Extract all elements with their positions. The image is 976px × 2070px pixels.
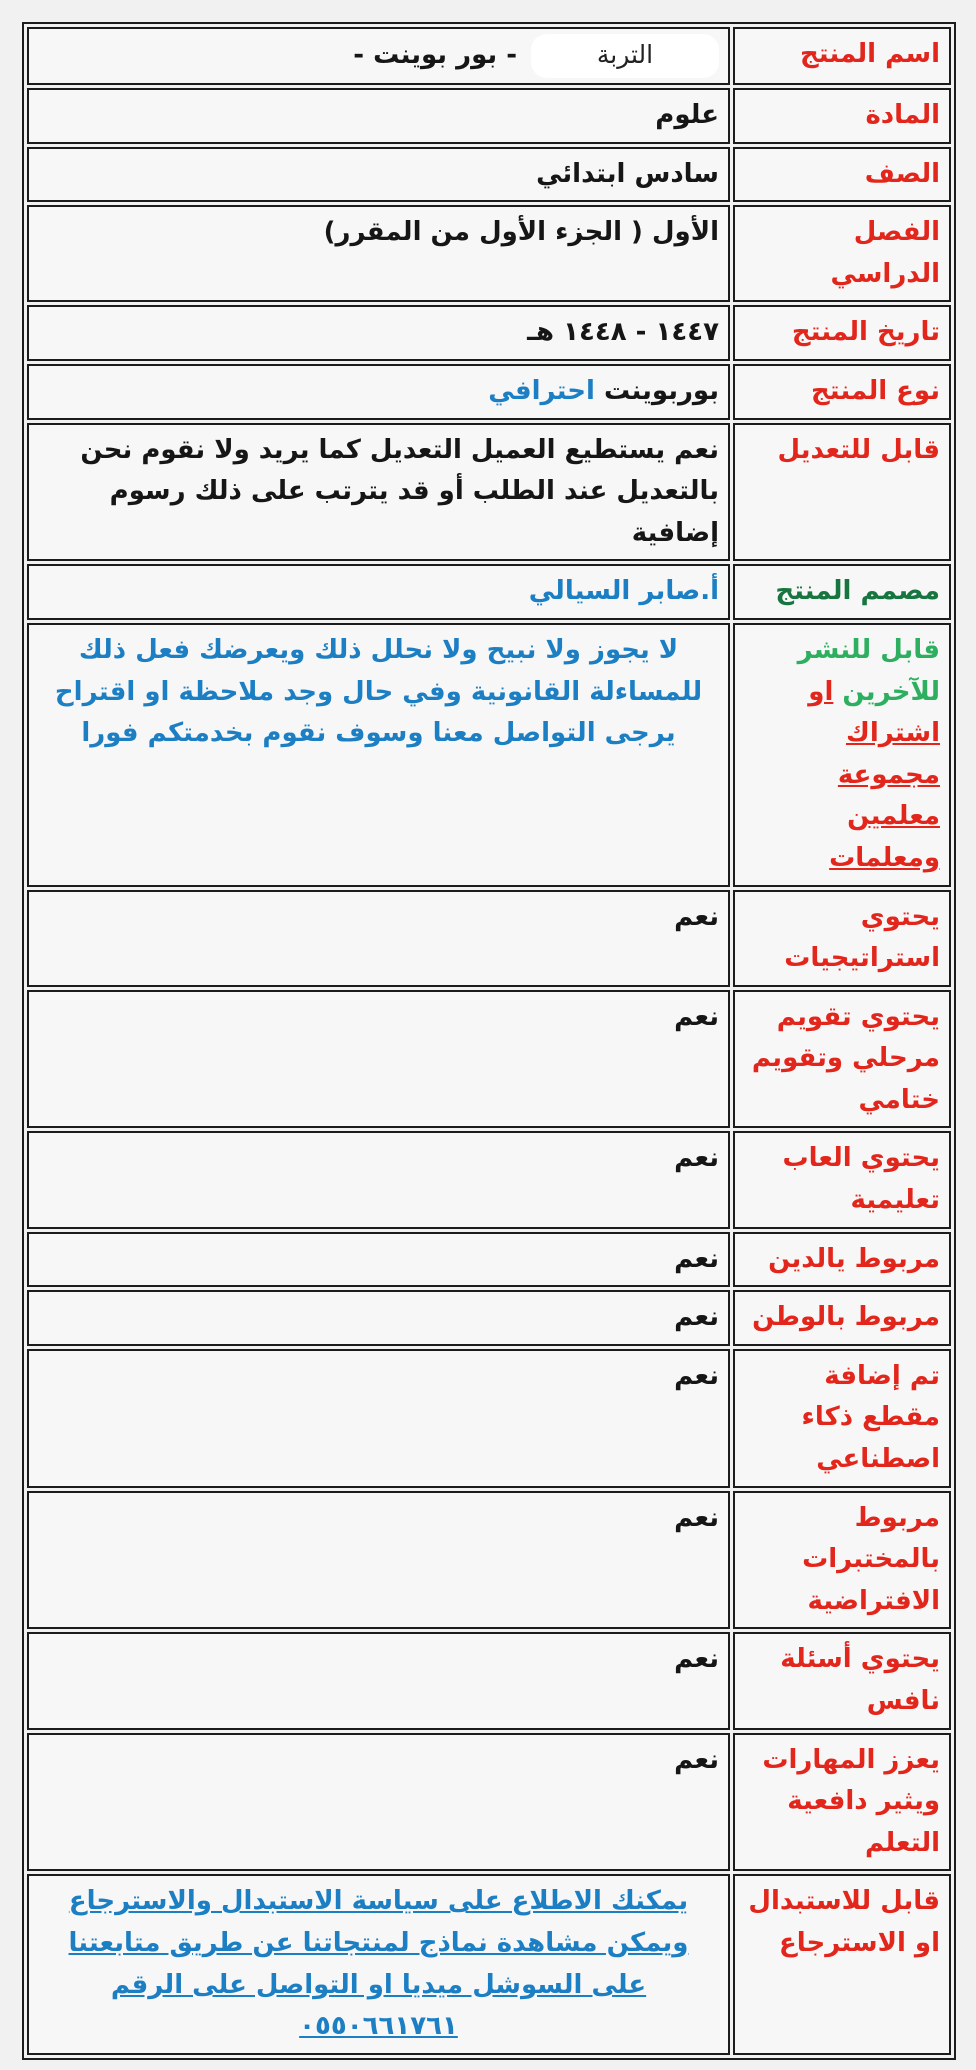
contains-games-value: نعم <box>674 1143 719 1173</box>
linked-to-homeland-value-cell: نعم <box>27 1290 730 1346</box>
product-type-value-highlight: احترافي <box>488 376 595 406</box>
designer-label-cell: مصمم المنتج <box>733 564 951 620</box>
ai-clip-value: نعم <box>674 1361 719 1391</box>
subject-label: المادة <box>865 100 940 130</box>
table-row: تاريخ المنتج ١٤٤٧ - ١٤٤٨ هـ <box>27 305 951 361</box>
enhances-skills-value-cell: نعم <box>27 1733 730 1872</box>
product-info-sheet: اسم المنتج التربة- بور بوينت - المادة عل… <box>0 0 976 2070</box>
virtual-labs-value: نعم <box>674 1503 719 1533</box>
publishable-label-cell: قابل للنشر للآخرين او اشتراك مجموعة معلم… <box>733 623 951 887</box>
publishable-value: لا يجوز ولا نبيح ولا نحلل ذلك ويعرضك فعل… <box>55 635 702 748</box>
grade-value: سادس ابتدائي <box>536 159 719 189</box>
virtual-labs-label-cell: مربوط بالمختبرات الافتراضية <box>733 1491 951 1630</box>
editable-value: نعم يستطيع العميل التعديل كما يريد ولا ن… <box>80 435 719 548</box>
semester-value-cell: الأول ( الجزء الأول من المقرر) <box>27 205 730 302</box>
semester-label: الفصل الدراسي <box>831 217 940 289</box>
nafes-questions-label-cell: يحتوي أسئلة نافس <box>733 1632 951 1729</box>
enhances-skills-label-cell: يعزز المهارات ويثير دافعية التعلم <box>733 1733 951 1872</box>
editable-label: قابل للتعديل <box>778 435 940 465</box>
editable-value-cell: نعم يستطيع العميل التعديل كما يريد ولا ن… <box>27 423 730 562</box>
table-row: يحتوي أسئلة نافس نعم <box>27 1632 951 1729</box>
subject-value: علوم <box>655 100 719 130</box>
virtual-labs-label: مربوط بالمختبرات الافتراضية <box>802 1503 940 1616</box>
table-row: مربوط بالمختبرات الافتراضية نعم <box>27 1491 951 1630</box>
exchange-refund-label-cell: قابل للاستبدال او الاسترجاع <box>733 1874 951 2054</box>
ai-clip-value-cell: نعم <box>27 1349 730 1488</box>
contains-strategies-label-cell: يحتوي استراتيجيات <box>733 890 951 987</box>
publishable-value-cell: لا يجوز ولا نبيح ولا نحلل ذلك ويعرضك فعل… <box>27 623 730 887</box>
linked-to-homeland-label-cell: مربوط بالوطن <box>733 1290 951 1346</box>
contains-games-value-cell: نعم <box>27 1131 730 1228</box>
designer-label: مصمم المنتج <box>775 576 940 606</box>
grade-label-cell: الصف <box>733 147 951 203</box>
grade-value-cell: سادس ابتدائي <box>27 147 730 203</box>
linked-to-religion-label: مربوط يالدين <box>768 1244 940 1274</box>
linked-to-religion-value: نعم <box>674 1244 719 1274</box>
designer-value: أ.صابر السيالي <box>529 576 719 606</box>
table-row: قابل للاستبدال او الاسترجاع يمكنك الاطلا… <box>27 1874 951 2054</box>
product-type-value-cell: بوربوينت احترافي <box>27 364 730 420</box>
designer-value-cell: أ.صابر السيالي <box>27 564 730 620</box>
contains-strategies-value-cell: نعم <box>27 890 730 987</box>
product-type-value: بوربوينت <box>595 376 719 406</box>
nafes-questions-value-cell: نعم <box>27 1632 730 1729</box>
nafes-questions-label: يحتوي أسئلة نافس <box>780 1644 940 1716</box>
ai-clip-label-cell: تم إضافة مقطع ذكاء اصطناعي <box>733 1349 951 1488</box>
enhances-skills-value: نعم <box>674 1745 719 1775</box>
contains-evaluations-value-cell: نعم <box>27 990 730 1129</box>
exchange-refund-value-cell: يمكنك الاطلاع على سياسة الاستبدال والاست… <box>27 1874 730 2054</box>
product-date-label-cell: تاريخ المنتج <box>733 305 951 361</box>
table-row: يعزز المهارات ويثير دافعية التعلم نعم <box>27 1733 951 1872</box>
product-name-value: - بور بوينت - <box>353 40 517 70</box>
ai-clip-label: تم إضافة مقطع ذكاء اصطناعي <box>802 1361 940 1474</box>
exchange-refund-policy-text: يمكنك الاطلاع على سياسة الاستبدال والاست… <box>69 1886 689 2041</box>
table-row: يحتوي استراتيجيات نعم <box>27 890 951 987</box>
table-row: مصمم المنتج أ.صابر السيالي <box>27 564 951 620</box>
table-row: مربوط يالدين نعم <box>27 1232 951 1288</box>
table-row: قابل للتعديل نعم يستطيع العميل التعديل ك… <box>27 423 951 562</box>
contains-games-label-cell: يحتوي العاب تعليمية <box>733 1131 951 1228</box>
linked-to-homeland-label: مربوط بالوطن <box>752 1302 940 1332</box>
table-row: مربوط بالوطن نعم <box>27 1290 951 1346</box>
table-row: تم إضافة مقطع ذكاء اصطناعي نعم <box>27 1349 951 1488</box>
product-date-value-cell: ١٤٤٧ - ١٤٤٨ هـ <box>27 305 730 361</box>
subject-value-cell: علوم <box>27 88 730 144</box>
table-row: نوع المنتج بوربوينت احترافي <box>27 364 951 420</box>
whiteout-overlay: التربة <box>531 34 719 78</box>
contains-games-label: يحتوي العاب تعليمية <box>782 1143 940 1215</box>
semester-label-cell: الفصل الدراسي <box>733 205 951 302</box>
product-info-table: اسم المنتج التربة- بور بوينت - المادة عل… <box>22 22 956 2060</box>
contains-evaluations-value: نعم <box>674 1002 719 1032</box>
table-row: يحتوي العاب تعليمية نعم <box>27 1131 951 1228</box>
product-date-label: تاريخ المنتج <box>792 317 940 347</box>
linked-to-religion-value-cell: نعم <box>27 1232 730 1288</box>
table-row: يحتوي تقويم مرحلي وتقويم ختامي نعم <box>27 990 951 1129</box>
table-row: قابل للنشر للآخرين او اشتراك مجموعة معلم… <box>27 623 951 887</box>
exchange-refund-label: قابل للاستبدال او الاسترجاع <box>748 1886 940 1958</box>
product-type-label: نوع المنتج <box>811 376 940 406</box>
linked-to-homeland-value: نعم <box>674 1302 719 1332</box>
virtual-labs-value-cell: نعم <box>27 1491 730 1630</box>
product-name-label-cell: اسم المنتج <box>733 27 951 85</box>
table-row: اسم المنتج التربة- بور بوينت - <box>27 27 951 85</box>
subject-label-cell: المادة <box>733 88 951 144</box>
product-date-value: ١٤٤٧ - ١٤٤٨ هـ <box>527 317 719 347</box>
editable-label-cell: قابل للتعديل <box>733 423 951 562</box>
product-type-label-cell: نوع المنتج <box>733 364 951 420</box>
nafes-questions-value: نعم <box>674 1644 719 1674</box>
enhances-skills-label: يعزز المهارات ويثير دافعية التعلم <box>762 1745 940 1858</box>
semester-value: الأول ( الجزء الأول من المقرر) <box>324 217 719 247</box>
contains-strategies-label: يحتوي استراتيجيات <box>784 902 940 974</box>
table-row: الصف سادس ابتدائي <box>27 147 951 203</box>
product-name-label: اسم المنتج <box>800 39 940 69</box>
contains-evaluations-label-cell: يحتوي تقويم مرحلي وتقويم ختامي <box>733 990 951 1129</box>
table-row: المادة علوم <box>27 88 951 144</box>
contains-strategies-value: نعم <box>674 902 719 932</box>
table-row: الفصل الدراسي الأول ( الجزء الأول من الم… <box>27 205 951 302</box>
product-name-value-cell: التربة- بور بوينت - <box>27 27 730 85</box>
grade-label: الصف <box>865 159 940 189</box>
contains-evaluations-label: يحتوي تقويم مرحلي وتقويم ختامي <box>752 1002 940 1115</box>
linked-to-religion-label-cell: مربوط يالدين <box>733 1232 951 1288</box>
